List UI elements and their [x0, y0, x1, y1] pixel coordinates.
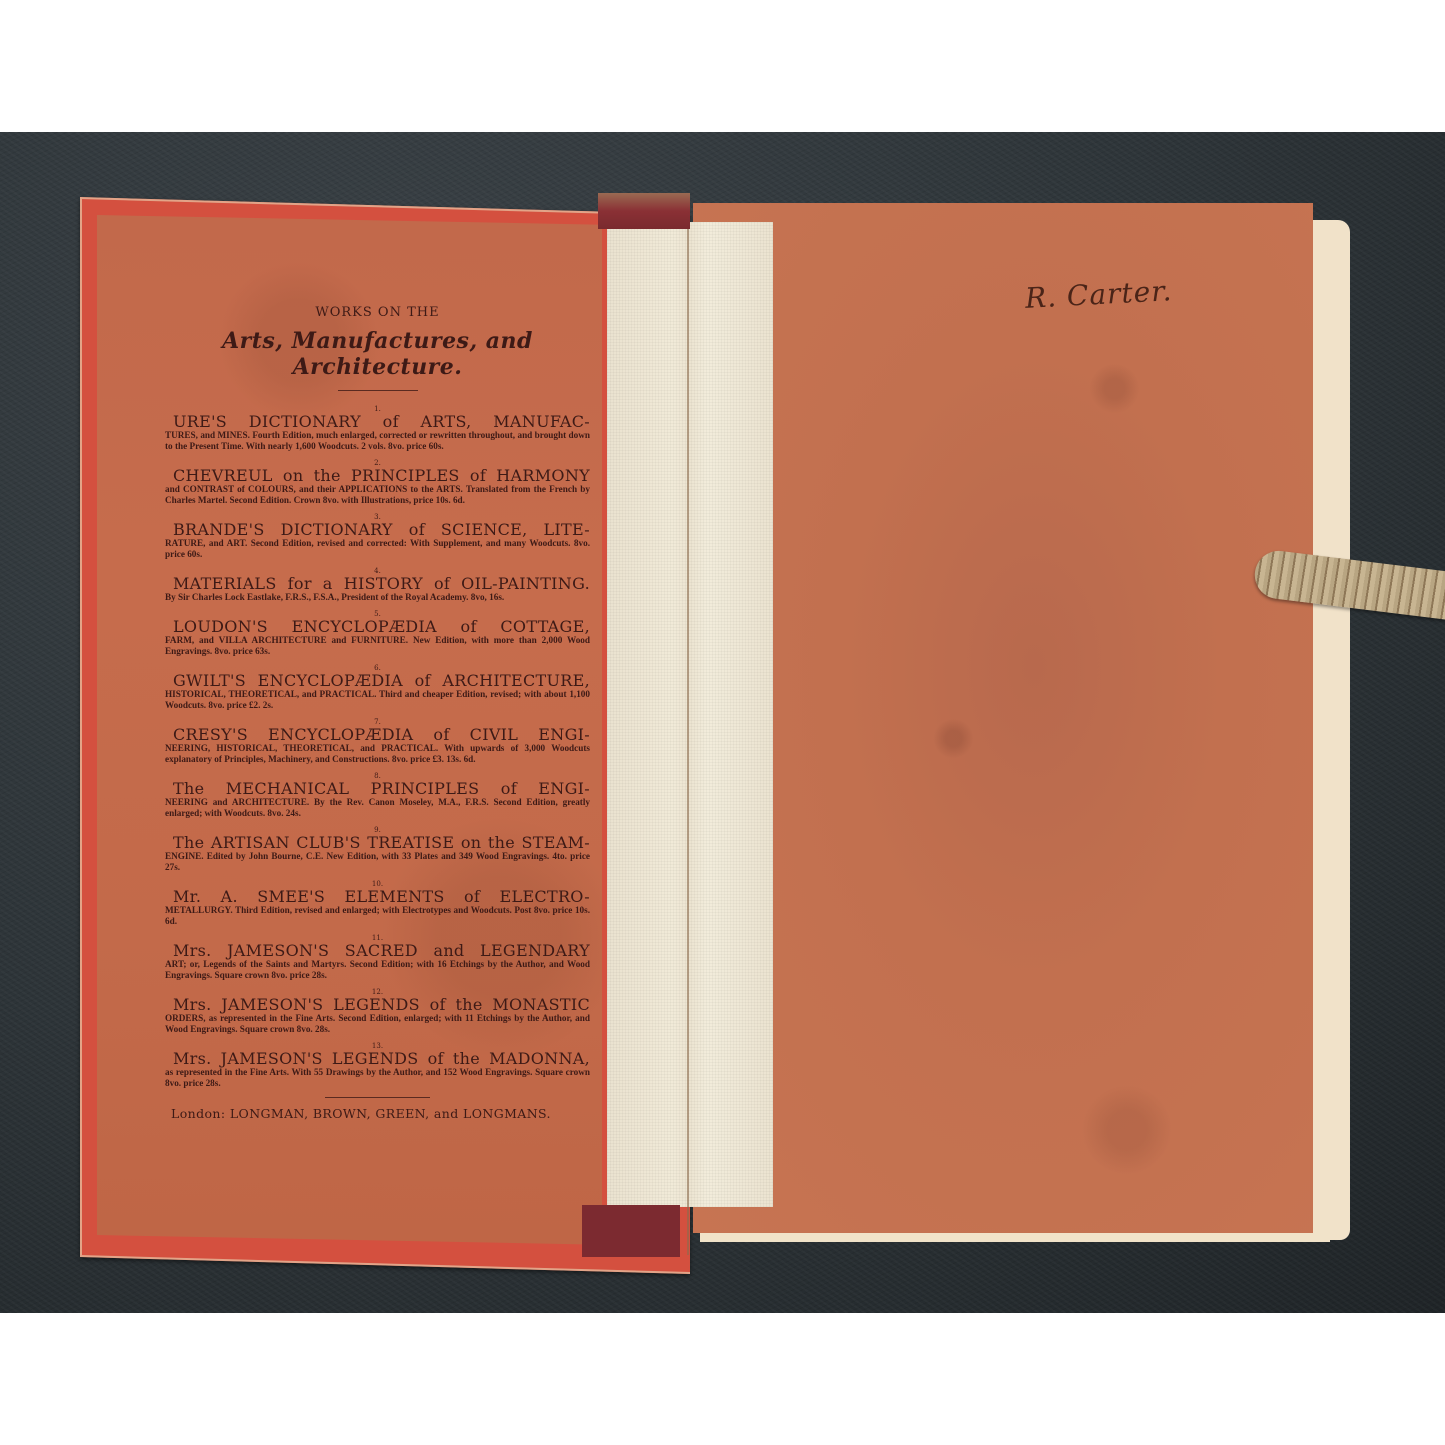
- entry-heading: URE'S DICTIONARY of ARTS, MANUFAC-: [165, 413, 590, 430]
- ad-entry: 6.GWILT'S ENCYCLOPÆDIA of ARCHITECTURE,H…: [165, 664, 590, 711]
- entry-description: ART; or, Legends of the Saints and Marty…: [165, 959, 590, 981]
- ad-title: Arts, Manufactures, and Architecture.: [165, 328, 590, 380]
- entry-heading: Mrs. JAMESON'S LEGENDS of the MONASTIC: [165, 996, 590, 1013]
- spine-headcap-tab: [598, 193, 690, 229]
- ad-entry: 9.The ARTISAN CLUB'S TREATISE on the STE…: [165, 826, 590, 873]
- ad-entry: 3.BRANDE'S DICTIONARY of SCIENCE, LITE-R…: [165, 513, 590, 560]
- free-endpaper: [693, 203, 1313, 1233]
- entry-heading: The ARTISAN CLUB'S TREATISE on the STEAM…: [165, 834, 590, 851]
- ad-entry: 5.LOUDON'S ENCYCLOPÆDIA of COTTAGE,FARM,…: [165, 610, 590, 657]
- entry-heading: Mrs. JAMESON'S LEGENDS of the MADONNA,: [165, 1050, 590, 1067]
- entry-description: RATURE, and ART. Second Edition, revised…: [165, 538, 590, 560]
- ad-entry: 1.URE'S DICTIONARY of ARTS, MANUFAC-TURE…: [165, 405, 590, 452]
- entry-description: TURES, and MINES. Fourth Edition, much e…: [165, 430, 590, 452]
- publisher-imprint: London: LONGMAN, BROWN, GREEN, and LONGM…: [165, 1106, 590, 1121]
- ad-entry: 11.Mrs. JAMESON'S SACRED and LEGENDARYAR…: [165, 934, 590, 981]
- entry-description: as represented in the Fine Arts. With 55…: [165, 1067, 590, 1089]
- ad-kicker: WORKS ON THE: [165, 305, 590, 320]
- ad-divider: [338, 390, 418, 391]
- cloth-hinge-repair: [607, 222, 773, 1207]
- entry-heading: Mrs. JAMESON'S SACRED and LEGENDARY: [165, 942, 590, 959]
- ad-entry: 7.CRESY'S ENCYCLOPÆDIA of CIVIL ENGI-NEE…: [165, 718, 590, 765]
- entry-heading: BRANDE'S DICTIONARY of SCIENCE, LITE-: [165, 521, 590, 538]
- ad-divider: [325, 1097, 430, 1098]
- entry-description: FARM, and VILLA ARCHITECTURE and FURNITU…: [165, 635, 590, 657]
- entry-heading: LOUDON'S ENCYCLOPÆDIA of COTTAGE,: [165, 618, 590, 635]
- ad-entry: 2.CHEVREUL on the PRINCIPLES of HARMONYa…: [165, 459, 590, 506]
- ad-entry: 4.MATERIALS for a HISTORY of OIL-PAINTIN…: [165, 567, 590, 603]
- entry-heading: GWILT'S ENCYCLOPÆDIA of ARCHITECTURE,: [165, 672, 590, 689]
- ad-entry: 8.The MECHANICAL PRINCIPLES of ENGI-NEER…: [165, 772, 590, 819]
- gutter-crease: [687, 200, 689, 1255]
- entry-heading: The MECHANICAL PRINCIPLES of ENGI-: [165, 780, 590, 797]
- entry-description: ORDERS, as represented in the Fine Arts.…: [165, 1013, 590, 1035]
- spine-tailcap-tab: [582, 1205, 680, 1257]
- entry-description: and CONTRAST of COLOURS, and their APPLI…: [165, 484, 590, 506]
- ad-entry: 13.Mrs. JAMESON'S LEGENDS of the MADONNA…: [165, 1042, 590, 1089]
- publisher-advertisement: WORKS ON THE Arts, Manufactures, and Arc…: [165, 305, 590, 1121]
- entry-heading: CRESY'S ENCYCLOPÆDIA of CIVIL ENGI-: [165, 726, 590, 743]
- entry-heading: Mr. A. SMEE'S ELEMENTS of ELECTRO-: [165, 888, 590, 905]
- entry-description: ENGINE. Edited by John Bourne, C.E. New …: [165, 851, 590, 873]
- ad-entry: 12.Mrs. JAMESON'S LEGENDS of the MONASTI…: [165, 988, 590, 1035]
- entry-heading: MATERIALS for a HISTORY of OIL-PAINTING.: [165, 575, 590, 592]
- entry-description: METALLURGY. Third Edition, revised and e…: [165, 905, 590, 927]
- entry-description: HISTORICAL, THEORETICAL, and PRACTICAL. …: [165, 689, 590, 711]
- entry-description: By Sir Charles Lock Eastlake, F.R.S., F.…: [165, 592, 590, 603]
- entry-description: NEERING and ARCHITECTURE. By the Rev. Ca…: [165, 797, 590, 819]
- entry-description: NEERING, HISTORICAL, THEORETICAL, and PR…: [165, 743, 590, 765]
- entry-heading: CHEVREUL on the PRINCIPLES of HARMONY: [165, 467, 590, 484]
- ad-entry: 10.Mr. A. SMEE'S ELEMENTS of ELECTRO-MET…: [165, 880, 590, 927]
